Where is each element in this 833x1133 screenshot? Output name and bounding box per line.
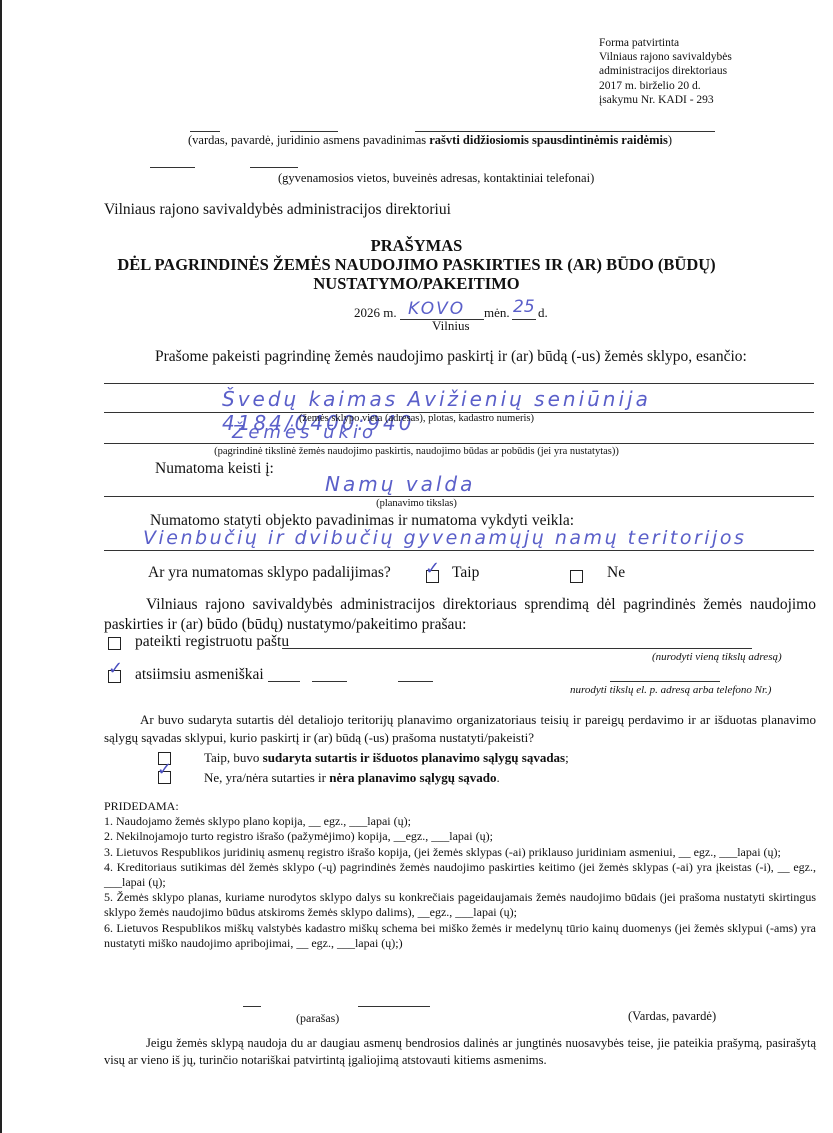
change-to-caption: (planavimo tikslas) xyxy=(0,498,833,509)
footer-note: Jeigu žemės sklypą naudoja du ar daugiau… xyxy=(104,1035,816,1069)
contract-question: Ar buvo sudaryta sutartis dėl detaliojo … xyxy=(104,711,816,747)
plot-location-caption: (žemės sklypo vieta (adresas), plotas, k… xyxy=(0,413,833,424)
division-yes-label: Taip xyxy=(452,564,479,582)
current-purpose-caption: (pagrindinė tikslinė žemės naudojimo pas… xyxy=(0,446,833,457)
label-text: . xyxy=(497,770,500,785)
checkmark-icon: ✓ xyxy=(157,759,172,780)
title-line-3: NUSTATYMO/PAKEITIMO xyxy=(0,274,833,293)
contact-line-fragment[interactable] xyxy=(268,681,300,682)
signature-line-fragment[interactable] xyxy=(243,1006,261,1007)
title-line-1: PRAŠYMAS xyxy=(0,236,833,255)
applicant-address-caption: (gyvenamosios vietos, buveinės adresas, … xyxy=(278,171,594,186)
signature-line-fragment[interactable] xyxy=(358,1006,430,1007)
day-field-line[interactable] xyxy=(512,319,536,320)
checkmark-icon: ✓ xyxy=(425,558,440,579)
label-text: Taip, buvo xyxy=(204,750,263,765)
applicant-name-caption: (vardas, pavardė, juridinio asmens pavad… xyxy=(188,133,672,148)
signature-caption: (parašas) xyxy=(296,1011,339,1026)
approval-note: Forma patvirtinta Vilniaus rajono saviva… xyxy=(599,36,732,107)
approval-line: įsakymu Nr. KADI - 293 xyxy=(599,93,732,107)
delivery-personal-label: atsiimsiu asmeniškai xyxy=(135,666,264,684)
division-no-label: Ne xyxy=(607,564,625,582)
scan-edge xyxy=(0,0,2,1133)
delivery-intro: Vilniaus rajono savivaldybės administrac… xyxy=(104,595,816,635)
caption-text: ) xyxy=(668,133,672,147)
approval-line: Forma patvirtinta xyxy=(599,36,732,50)
attachment-item: 1. Naudojamo žemės sklypo plano kopija, … xyxy=(104,814,816,829)
attachment-item: 6. Lietuvos Respublikos miškų valstybės … xyxy=(104,921,816,951)
attachments-section: PRIDEDAMA: 1. Naudojamo žemės sklypo pla… xyxy=(104,799,816,951)
contact-caption: nurodyti tikslų el. p. adresą arba telef… xyxy=(570,684,771,696)
planned-object-line[interactable] xyxy=(104,550,814,551)
contact-line-fragment[interactable] xyxy=(398,681,433,682)
caption-text: (vardas, pavardė, juridinio asmens pavad… xyxy=(188,133,429,147)
contract-yes-label: Taip, buvo sudaryta sutartis ir išduotos… xyxy=(204,750,569,766)
contract-no-label: Ne, yra/nėra sutarties ir nėra planavimo… xyxy=(204,770,500,786)
approval-line: administracijos direktoriaus xyxy=(599,64,732,78)
name-line-fragment xyxy=(190,131,220,132)
post-address-line[interactable] xyxy=(282,648,752,649)
date-place: Vilnius xyxy=(432,318,470,334)
checkmark-icon: ✓ xyxy=(108,658,123,679)
attachment-item: 2. Nekilnojamojo turto registro išrašo (… xyxy=(104,829,816,844)
date-month-label: mėn. xyxy=(484,305,510,321)
caption-bold-text: rašvti didžiosiomis spausdintinėmis raid… xyxy=(429,133,668,147)
plot-line-top xyxy=(104,383,814,384)
current-purpose-value[interactable]: Žemės ūkio xyxy=(232,422,377,443)
label-bold-text: nėra planavimo sąlygų sąvado xyxy=(329,770,496,785)
approval-line: 2017 m. birželio 20 d. xyxy=(599,79,732,93)
name-line-fragment xyxy=(290,131,338,132)
date-day-label: d. xyxy=(538,305,548,321)
post-address-caption: (nurodyti vieną tikslų adresą) xyxy=(652,651,782,663)
attachment-item: 4. Kreditoriaus sutikimas dėl žemės skly… xyxy=(104,860,816,890)
name-field-line[interactable] xyxy=(415,131,715,132)
attachments-heading: PRIDEDAMA: xyxy=(104,799,816,814)
month-value[interactable]: KOVO xyxy=(408,299,465,319)
change-to-label: Numatoma keisti į: xyxy=(155,460,274,478)
title-line-2: DĖL PAGRINDINĖS ŽEMĖS NAUDOJIMO PASKIRTI… xyxy=(0,255,833,274)
approval-line: Vilniaus rajono savivaldybės xyxy=(599,50,732,64)
attachment-item: 3. Lietuvos Respublikos juridinių asmenų… xyxy=(104,845,816,860)
current-purpose-line[interactable] xyxy=(104,443,814,444)
address-line-fragment[interactable] xyxy=(250,167,298,168)
label-text: Ne, yra/nėra sutarties ir xyxy=(204,770,329,785)
date-year-label: 2026 m. xyxy=(354,305,397,321)
attachment-item: 5. Žemės sklypo planas, kuriame nurodyto… xyxy=(104,890,816,920)
name-caption: (Vardas, pavardė) xyxy=(628,1009,716,1024)
address-line-fragment[interactable] xyxy=(150,167,195,168)
label-bold-text: sudaryta sutartis ir išduotos planavimo … xyxy=(263,750,565,765)
change-to-line[interactable] xyxy=(104,496,814,497)
delivery-post-checkbox[interactable] xyxy=(108,637,121,650)
planned-object-value[interactable]: Vienbučių ir dvibučių gyvenamųjų namų te… xyxy=(143,527,746,549)
addressee: Vilniaus rajono savivaldybės administrac… xyxy=(104,201,451,219)
day-value[interactable]: 25 xyxy=(513,297,535,317)
request-intro: Prašome pakeisti pagrindinę žemės naudoj… xyxy=(155,348,747,366)
contact-line-fragment[interactable] xyxy=(610,681,720,682)
division-no-checkbox[interactable] xyxy=(570,570,583,583)
delivery-post-label: pateikti registruotu paštu xyxy=(135,633,289,651)
document-title: PRAŠYMAS DĖL PAGRINDINĖS ŽEMĖS NAUDOJIMO… xyxy=(0,236,833,293)
contact-line-fragment[interactable] xyxy=(312,681,347,682)
label-text: ; xyxy=(565,750,569,765)
change-to-value[interactable]: Namų valda xyxy=(325,472,475,496)
division-question: Ar yra numatomas sklypo padalijimas? xyxy=(148,564,391,582)
